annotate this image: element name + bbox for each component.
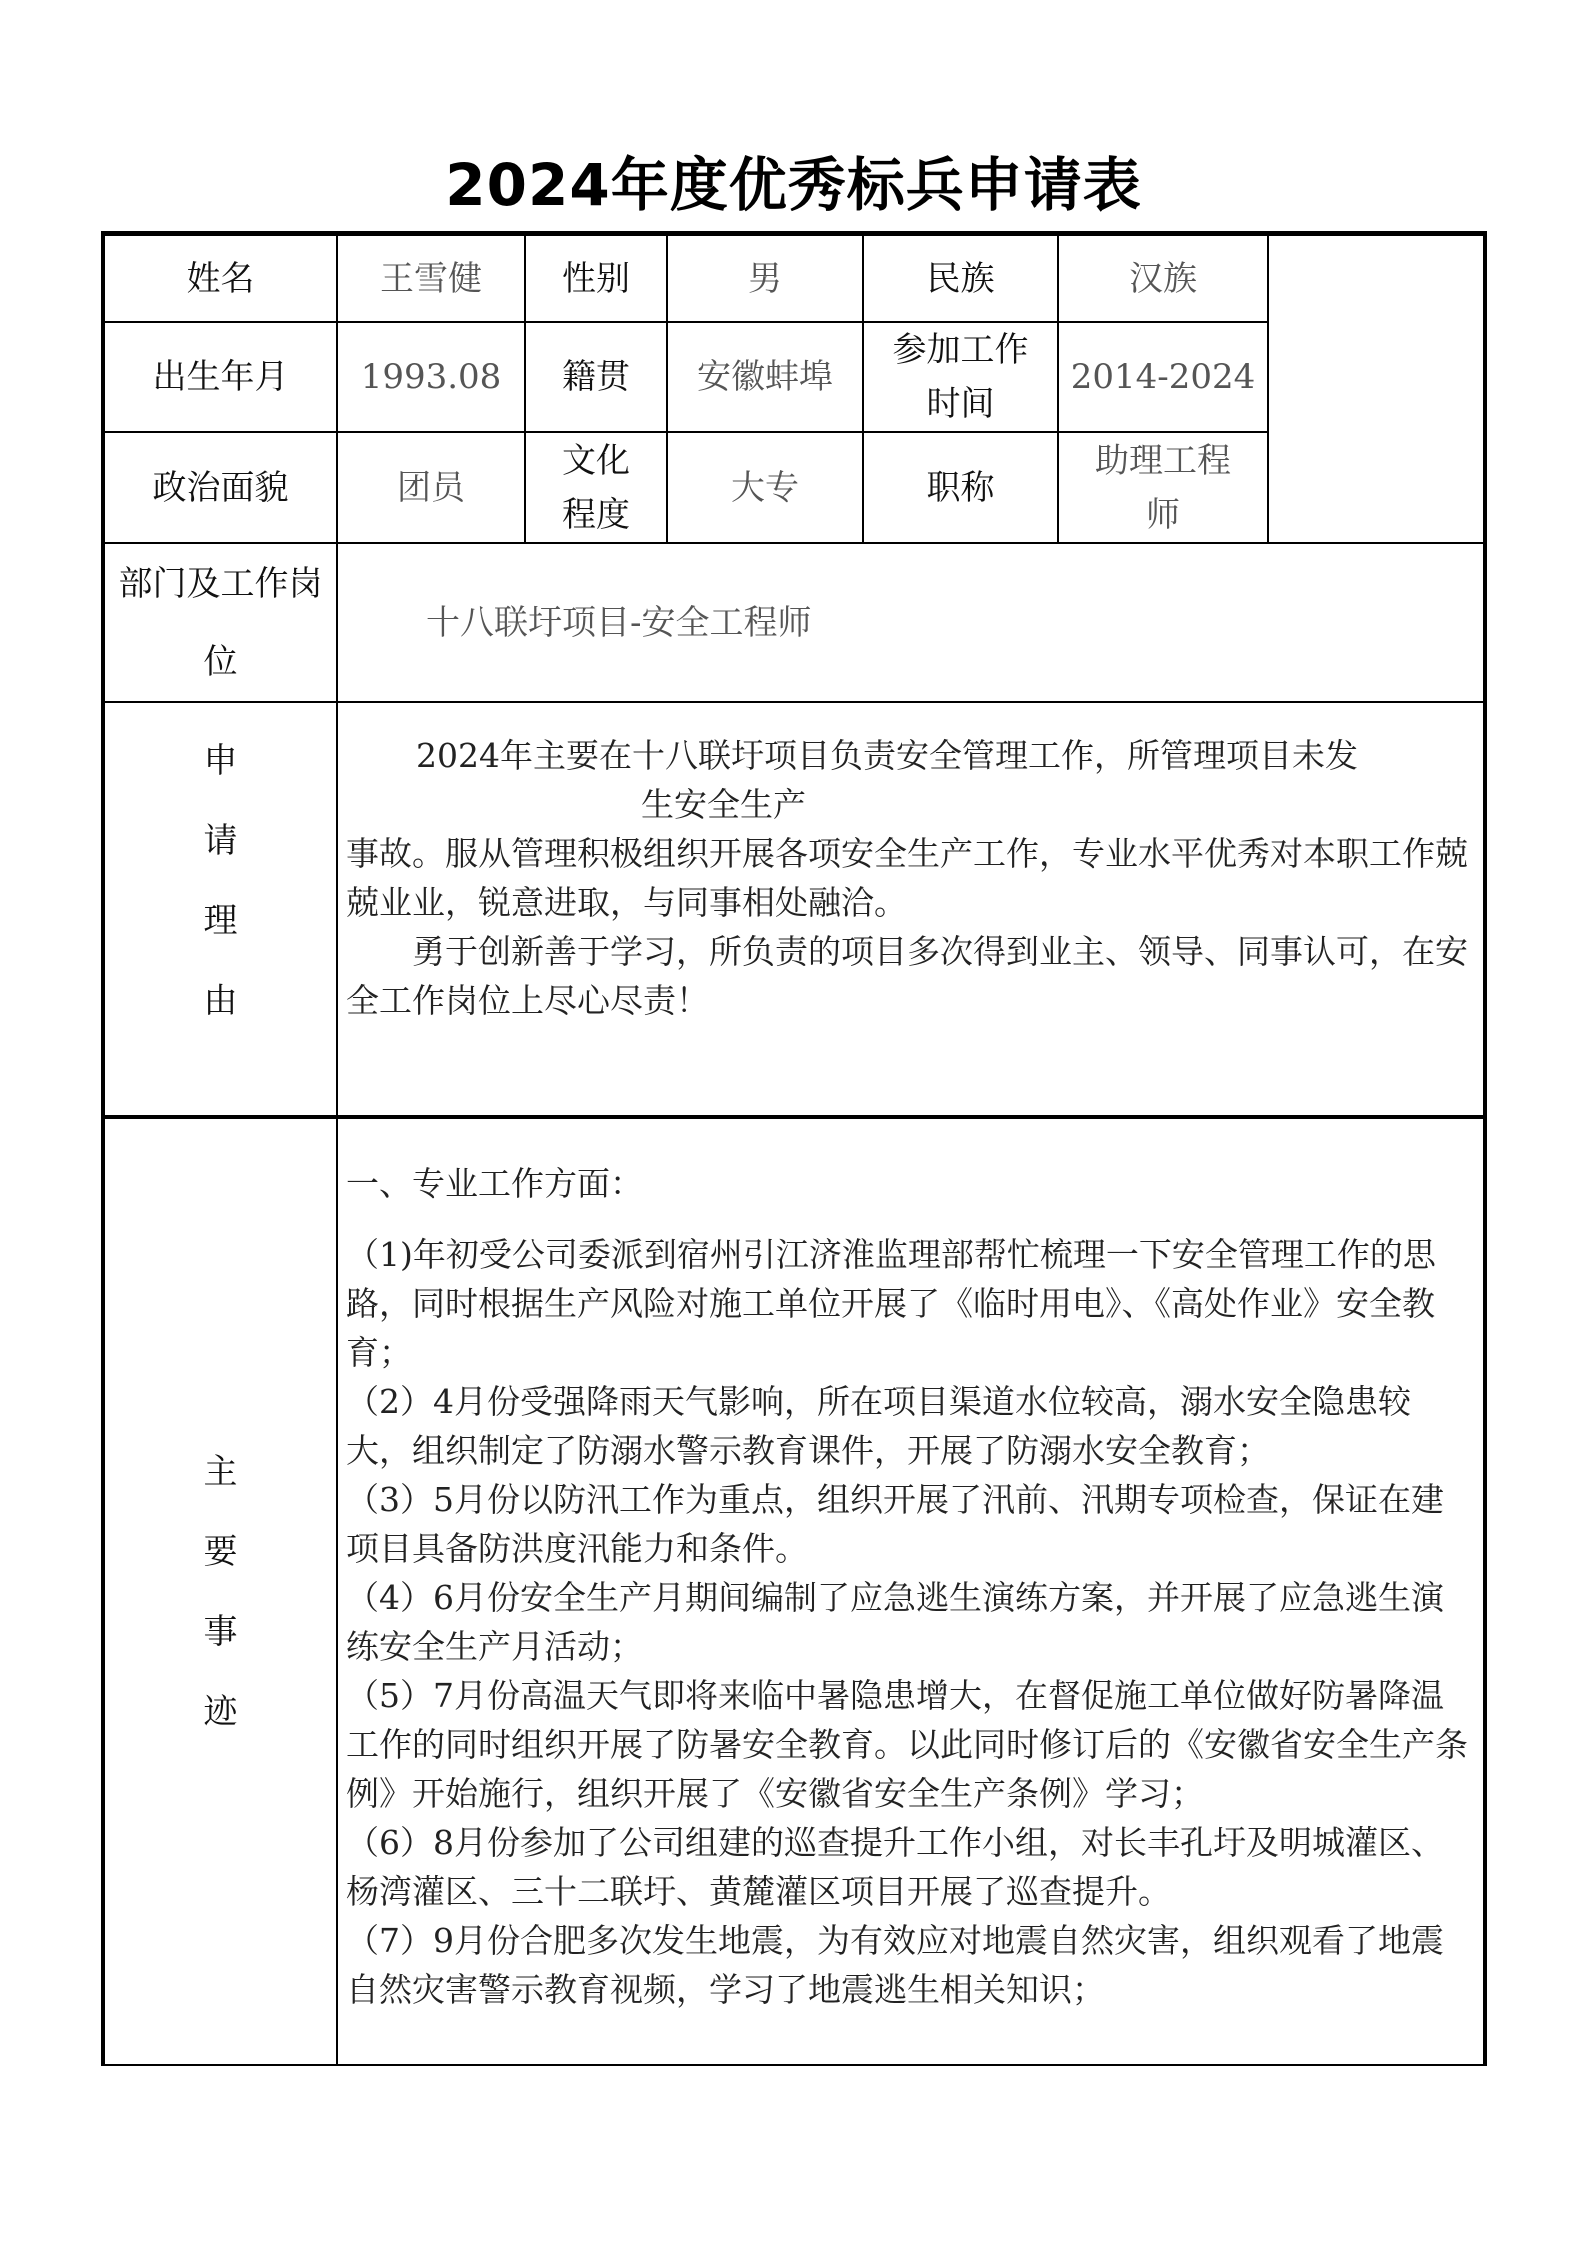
table-border-right xyxy=(1483,231,1487,2066)
deed-item-6: （6）8月份参加了公司组建的巡查提升工作小组，对长丰孔圩及明城灌区、杨湾灌区、三… xyxy=(346,1818,1476,1916)
deed-item-5: （5）7月份高温天气即将来临中暑隐患增大，在督促施工单位做好防暑降温工作的同时组… xyxy=(346,1671,1476,1818)
label-title: 职称 xyxy=(864,433,1057,542)
col-divider xyxy=(1267,231,1269,543)
label-education-line2: 程度 xyxy=(562,488,630,542)
label-birth-date: 出生年月 xyxy=(105,323,336,431)
label-work-start-line1: 参加工作 xyxy=(893,323,1029,377)
label-main-deeds: 主 要 事 迹 xyxy=(105,1119,336,2064)
label-education: 文化 程度 xyxy=(526,433,666,542)
value-title-line2: 师 xyxy=(1146,488,1180,542)
reason-line1: 2024年主要在十八联圩项目负责安全管理工作，所管理项目未发 xyxy=(346,731,1476,780)
reason-line1b: 生安全生产 xyxy=(346,780,1476,829)
value-education: 大专 xyxy=(668,433,862,542)
label-political-status: 政治面貌 xyxy=(105,433,336,542)
value-work-period: 2014-2024 xyxy=(1059,323,1267,431)
deed-item-7: （7）9月份合肥多次发生地震，为有效应对地震自然灾害，组织观看了地震自然灾害警示… xyxy=(346,1916,1476,2014)
value-ethnicity: 汉族 xyxy=(1059,236,1267,321)
deed-item-4: （4）6月份安全生产月期间编制了应急逃生演练方案，并开展了应急逃生演练安全生产月… xyxy=(346,1573,1476,1671)
deed-item-1: （1)年初受公司委派到宿州引江济淮监理部帮忙梳理一下安全管理工作的思路，同时根据… xyxy=(346,1230,1476,1377)
label-department: 部门及工作岗 位 xyxy=(105,544,336,701)
label-reason: 申 请 理 由 xyxy=(105,703,336,1115)
reason-paragraph-2: 勇于创新善于学习，所负责的项目多次得到业主、领导、同事认可，在安全工作岗位上尽心… xyxy=(346,927,1476,1025)
label-reason-char: 申 xyxy=(204,721,238,801)
label-department-line1: 部门及工作岗 xyxy=(119,545,323,623)
value-native-place: 安徽蚌埠 xyxy=(668,323,862,431)
value-name: 王雪健 xyxy=(338,236,524,321)
label-department-line2: 位 xyxy=(204,623,238,701)
label-deeds-char: 迹 xyxy=(204,1672,238,1752)
deed-item-3: （3）5月份以防汛工作为重点，组织开展了汛前、汛期专项检查，保证在建项目具备防洪… xyxy=(346,1475,1476,1573)
label-reason-char: 理 xyxy=(204,881,238,961)
label-deeds-char: 事 xyxy=(204,1592,238,1672)
value-title: 助理工程 师 xyxy=(1059,433,1267,542)
deeds-text: 一、专业工作方面： （1)年初受公司委派到宿州引江济淮监理部帮忙梳理一下安全管理… xyxy=(346,1159,1476,2014)
label-work-start: 参加工作 时间 xyxy=(864,323,1057,431)
label-name: 姓名 xyxy=(105,236,336,321)
value-political-status: 团员 xyxy=(338,433,524,542)
label-ethnicity: 民族 xyxy=(864,236,1057,321)
label-native-place: 籍贯 xyxy=(526,323,666,431)
label-reason-char: 由 xyxy=(204,961,238,1041)
label-work-start-line2: 时间 xyxy=(927,377,995,431)
label-deeds-char: 主 xyxy=(204,1432,238,1512)
page-title: 2024年度优秀标兵申请表 xyxy=(0,150,1587,220)
label-education-line1: 文化 xyxy=(562,434,630,488)
label-reason-char: 请 xyxy=(204,801,238,881)
table-border-bottom xyxy=(101,2064,1487,2066)
reason-paragraph-1: 事故。服从管理积极组织开展各项安全生产工作，专业水平优秀对本职工作兢兢业业，锐意… xyxy=(346,829,1476,927)
deed-item-2: （2）4月份受强降雨天气影响，所在项目渠道水位较高，溺水安全隐患较大，组织制定了… xyxy=(346,1377,1476,1475)
value-title-line1: 助理工程 xyxy=(1095,434,1231,488)
value-department: 十八联圩项目-安全工程师 xyxy=(338,544,1483,701)
reason-text: 2024年主要在十八联圩项目负责安全管理工作，所管理项目未发 生安全生产 事故。… xyxy=(346,731,1476,1025)
application-form-table: 姓名 王雪健 性别 男 民族 汉族 出生年月 1993.08 籍贯 安徽蚌埠 参… xyxy=(101,231,1487,2066)
label-gender: 性别 xyxy=(526,236,666,321)
deeds-heading: 一、专业工作方面： xyxy=(346,1159,1476,1208)
value-birth-date: 1993.08 xyxy=(338,323,524,431)
value-gender: 男 xyxy=(668,236,862,321)
label-deeds-char: 要 xyxy=(204,1512,238,1592)
